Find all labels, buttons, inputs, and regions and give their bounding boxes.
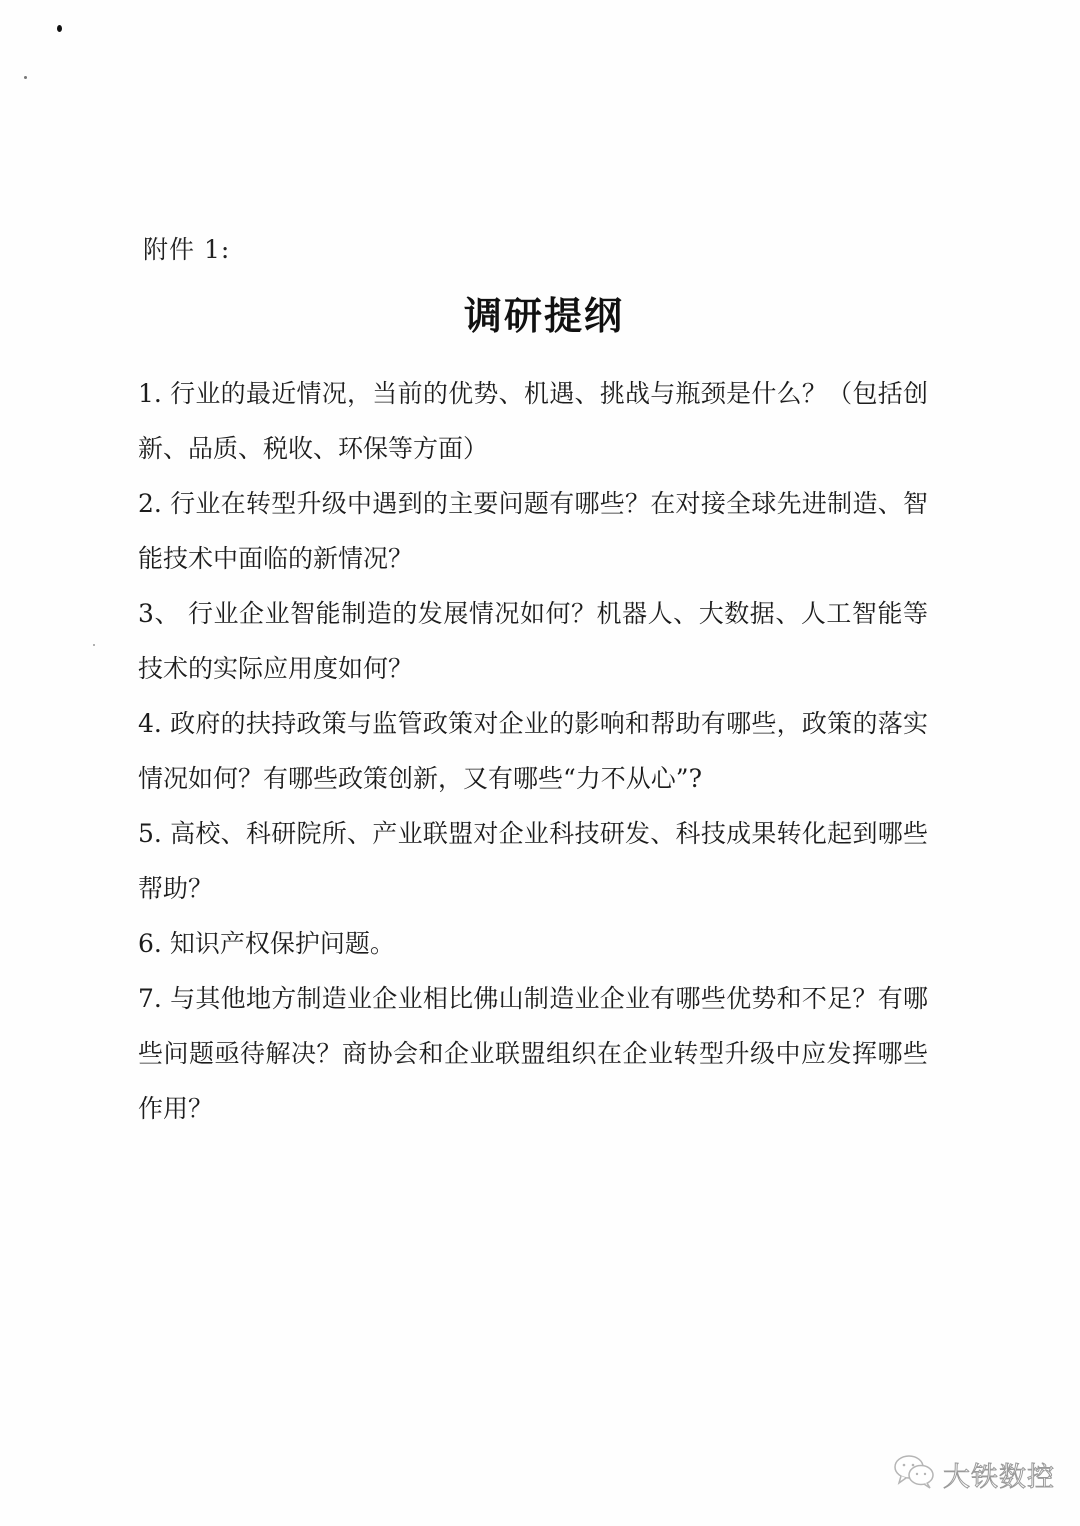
outline-item-5: 5.高校、科研院所、产业联盟对企业科技研发、科技成果转化起到哪些帮助？ (138, 806, 928, 916)
scan-speck (24, 76, 27, 79)
outline-list: 1.行业的最近情况，当前的优势、机遇、挑战与瓶颈是什么？（包括创新、品质、税收、… (138, 366, 928, 1136)
scan-speck (57, 25, 62, 32)
wechat-icon (893, 1454, 937, 1494)
outline-item-7: 7.与其他地方制造业企业相比佛山制造业企业有哪些优势和不足？有哪些问题亟待解决？… (138, 971, 928, 1136)
outline-item-2: 2.行业在转型升级中遇到的主要问题有哪些？在对接全球先进制造、智能技术中面临的新… (138, 476, 928, 586)
item-text: 知识产权保护问题。 (170, 929, 395, 958)
item-number: 2. (138, 489, 162, 518)
item-text: 行业的最近情况，当前的优势、机遇、挑战与瓶颈是什么？（包括创新、品质、税收、环保… (138, 379, 928, 463)
attachment-label: 附件 1: (143, 230, 230, 266)
item-number: 6. (138, 929, 162, 958)
document-page: 附件 1: 调研提纲 1.行业的最近情况，当前的优势、机遇、挑战与瓶颈是什么？（… (0, 0, 1080, 1526)
document-title: 调研提纲 (0, 285, 1080, 340)
outline-item-4: 4.政府的扶持政策与监管政策对企业的影响和帮助有哪些，政策的落实情况如何？有哪些… (138, 696, 928, 806)
outline-item-1: 1.行业的最近情况，当前的优势、机遇、挑战与瓶颈是什么？（包括创新、品质、税收、… (138, 366, 928, 476)
item-number: 3、 (138, 599, 180, 628)
item-text: 政府的扶持政策与监管政策对企业的影响和帮助有哪些，政策的落实情况如何？有哪些政策… (138, 709, 928, 793)
outline-item-3: 3、行业企业智能制造的发展情况如何？机器人、大数据、人工智能等技术的实际应用度如… (138, 586, 928, 696)
item-number: 5. (138, 819, 162, 848)
watermark: 大铁数控 (893, 1454, 1055, 1494)
item-text: 行业企业智能制造的发展情况如何？机器人、大数据、人工智能等技术的实际应用度如何？ (138, 599, 928, 683)
item-number: 1. (138, 379, 162, 408)
item-text: 与其他地方制造业企业相比佛山制造业企业有哪些优势和不足？有哪些问题亟待解决？商协… (138, 984, 928, 1123)
watermark-text: 大铁数控 (943, 1455, 1055, 1494)
outline-item-6: 6.知识产权保护问题。 (138, 916, 928, 971)
scan-speck (93, 644, 95, 646)
item-text: 行业在转型升级中遇到的主要问题有哪些？在对接全球先进制造、智能技术中面临的新情况… (138, 489, 928, 573)
item-number: 4. (138, 709, 162, 738)
item-number: 7. (138, 984, 162, 1013)
item-text: 高校、科研院所、产业联盟对企业科技研发、科技成果转化起到哪些帮助？ (138, 819, 928, 903)
